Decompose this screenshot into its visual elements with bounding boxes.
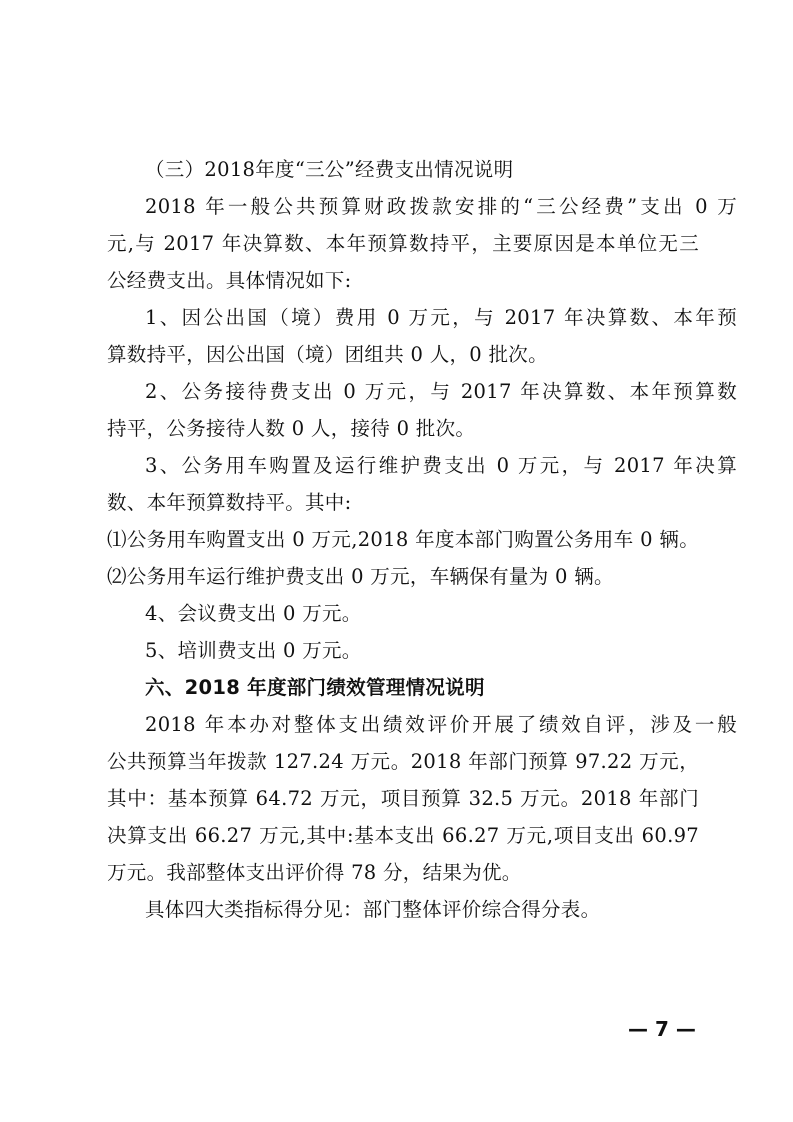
paragraph-line: 公经费支出。具体情况如下: xyxy=(107,266,699,296)
paragraph-line: 其中：基本预算 64.72 万元，项目预算 32.5 万元。2018 年部门 xyxy=(107,784,699,814)
list-item-3: 3、公务用车购置及运行维护费支出 0 万元，与 2017 年决算 xyxy=(107,451,737,481)
paragraph-line: 2018 年一般公共预算财政拨款安排的“三公经费”支出 0 万 xyxy=(107,192,737,222)
list-item-4: 4、会议费支出 0 万元。 xyxy=(107,599,737,629)
paragraph-line: 2018 年本办对整体支出绩效评价开展了绩效自评，涉及一般 xyxy=(107,710,737,740)
paragraph-line: 决算支出 66.27 万元,其中:基本支出 66.27 万元,项目支出 60.9… xyxy=(107,821,699,851)
list-item-1: 1、因公出国（境）费用 0 万元，与 2017 年决算数、本年预 xyxy=(107,303,737,333)
section-heading-san-gong: （三）2018年度“三公”经费支出情况说明 xyxy=(107,155,737,185)
list-item-1-cont: 算数持平，因公出国（境）团组共 0 人，0 批次。 xyxy=(107,340,699,370)
list-item-2: 2、公务接待费支出 0 万元，与 2017 年决算数、本年预算数 xyxy=(107,377,737,407)
paragraph-line: 公共预算当年拨款 127.24 万元。2018 年部门预算 97.22 万元， xyxy=(107,747,699,777)
paragraph-line: 元,与 2017 年决算数、本年预算数持平，主要原因是本单位无三 xyxy=(107,229,699,259)
sub-item-2: ⑵公务用车运行维护费支出 0 万元，车辆保有量为 0 辆。 xyxy=(107,562,699,592)
list-item-3-cont: 数、本年预算数持平。其中: xyxy=(107,488,699,518)
page-number: — 7 — xyxy=(628,1017,696,1041)
list-item-2-cont: 持平，公务接待人数 0 人，接待 0 批次。 xyxy=(107,414,699,444)
list-item-5: 5、培训费支出 0 万元。 xyxy=(107,636,737,666)
sub-item-1: ⑴公务用车购置支出 0 万元,2018 年度本部门购置公务用车 0 辆。 xyxy=(107,525,699,555)
section-heading-performance: 六、2018 年度部门绩效管理情况说明 xyxy=(107,673,737,703)
paragraph-line: 具体四大类指标得分见：部门整体评价综合得分表。 xyxy=(107,895,737,925)
paragraph-line: 万元。我部整体支出评价得 78 分，结果为优。 xyxy=(107,858,699,888)
